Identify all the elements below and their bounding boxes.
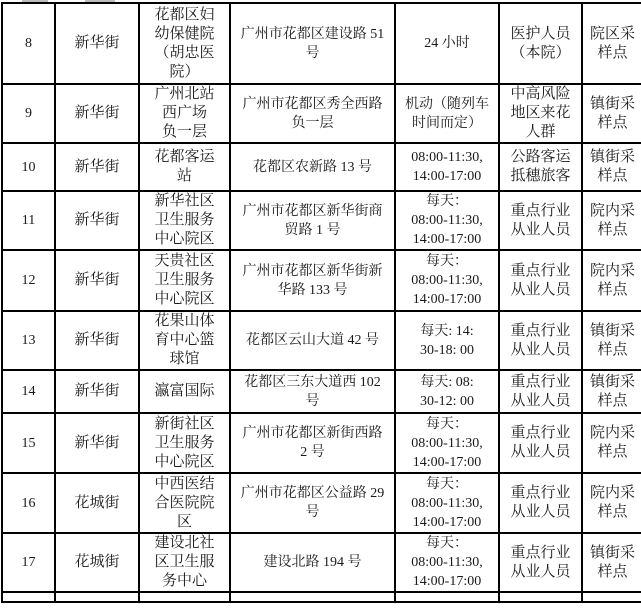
cell-site-type: 院内采 样点	[582, 413, 641, 473]
cell-street: 新华街	[55, 3, 139, 84]
cell-empty	[230, 592, 395, 602]
cell-time: 每天: 14: 30-18: 00	[395, 311, 499, 370]
cell-address: 花都区农新路 13 号	[230, 143, 395, 191]
cell-site-type: 镇街采 样点	[582, 143, 641, 191]
cell-target-group: 重点行业 从业人员	[499, 370, 582, 413]
cell-row-number: 15	[2, 413, 55, 473]
cell-target-group: 重点行业 从业人员	[499, 533, 582, 592]
cell-street: 新华街	[55, 143, 139, 191]
cell-row-number: 17	[2, 533, 55, 592]
cell-site-name: 花都客运 站	[139, 143, 230, 191]
cell-address: 花都区三东大道西 102 号	[230, 370, 395, 413]
cell-time: 每天： 08:00-11:30, 14:00-17:00	[395, 473, 499, 533]
table-row: 12 新华街 天贵社区 卫生服务 中心院区 广州市花都区新华街新 华路 133 …	[2, 250, 641, 311]
cell-time: 每天： 08:00-11:30, 14:00-17:00	[395, 413, 499, 473]
cell-site-name: 新华社区 卫生服务 中心院区	[139, 191, 230, 250]
cell-address: 广州市花都区新华街新 华路 133 号	[230, 250, 395, 311]
cell-time: 08:00-11:30, 14:00-17:00	[395, 143, 499, 191]
table-row: 13 新华街 花果山体 育中心篮 球馆 花都区云山大道 42 号 每天: 14:…	[2, 311, 641, 370]
cell-site-type: 院内采 样点	[582, 473, 641, 533]
cell-site-name: 瀛富国际	[139, 370, 230, 413]
cell-site-name: 天贵社区 卫生服务 中心院区	[139, 250, 230, 311]
cell-street: 新华街	[55, 250, 139, 311]
cell-address: 广州市花都区建设路 51 号	[230, 3, 395, 84]
cell-site-type: 镇街采 样点	[582, 311, 641, 370]
cell-site-name: 广州北站 西广场 负一层	[139, 84, 230, 143]
cell-site-type: 镇街采 样点	[582, 533, 641, 592]
cell-site-type: 院内采 样点	[582, 191, 641, 250]
table-row-partial	[2, 592, 641, 602]
cell-site-type: 院区采 样点	[582, 3, 641, 84]
cell-street: 新华街	[55, 311, 139, 370]
cell-address: 建设北路 194 号	[230, 533, 395, 592]
cell-site-name: 新街社区 卫生服务 中心院区	[139, 413, 230, 473]
document-page: 8 新华街 花都区妇 幼保健院 （胡忠医 院） 广州市花都区建设路 51 号 2…	[0, 0, 641, 616]
cell-empty	[55, 592, 139, 602]
table-row: 10 新华街 花都客运 站 花都区农新路 13 号 08:00-11:30, 1…	[2, 143, 641, 191]
cell-empty	[139, 592, 230, 602]
cell-address: 广州市花都区秀全西路 负一层	[230, 84, 395, 143]
cell-empty	[395, 592, 499, 602]
cell-street: 新华街	[55, 191, 139, 250]
cell-row-number: 8	[2, 3, 55, 84]
cell-target-group: 中高风险 地区来花 人群	[499, 84, 582, 143]
table-row: 9 新华街 广州北站 西广场 负一层 广州市花都区秀全西路 负一层 机动（随列车…	[2, 84, 641, 143]
cell-site-type: 院内采 样点	[582, 250, 641, 311]
cell-empty	[499, 592, 582, 602]
cell-target-group: 重点行业 从业人员	[499, 191, 582, 250]
cell-street: 新华街	[55, 370, 139, 413]
table-row: 11 新华街 新华社区 卫生服务 中心院区 广州市花都区新华街商 贸路 1 号 …	[2, 191, 641, 250]
cell-address: 广州市花都区新华街商 贸路 1 号	[230, 191, 395, 250]
cell-row-number: 16	[2, 473, 55, 533]
cell-time: 每天： 08:00-11:30, 14:00-17:00	[395, 250, 499, 311]
cell-target-group: 公路客运 抵穗旅客	[499, 143, 582, 191]
cell-target-group: 重点行业 从业人员	[499, 473, 582, 533]
cell-row-number: 12	[2, 250, 55, 311]
table-row: 16 花城街 中西医结 合医院院 区 广州市花都区公益路 29 号 每天： 08…	[2, 473, 641, 533]
cell-target-group: 重点行业 从业人员	[499, 311, 582, 370]
cell-time: 机动（随列车 时间而定）	[395, 84, 499, 143]
cell-address: 花都区云山大道 42 号	[230, 311, 395, 370]
cell-street: 花城街	[55, 533, 139, 592]
cell-site-type: 镇街采 样点	[582, 84, 641, 143]
table-row: 15 新华街 新街社区 卫生服务 中心院区 广州市花都区新街西路 2 号 每天：…	[2, 413, 641, 473]
cell-address: 广州市花都区公益路 29 号	[230, 473, 395, 533]
cell-address: 广州市花都区新街西路 2 号	[230, 413, 395, 473]
table-row: 8 新华街 花都区妇 幼保健院 （胡忠医 院） 广州市花都区建设路 51 号 2…	[2, 3, 641, 84]
cell-time: 每天： 08:00-11:30, 14:00-17:00	[395, 191, 499, 250]
table-row: 14 新华街 瀛富国际 花都区三东大道西 102 号 每天: 08: 30-12…	[2, 370, 641, 413]
cell-row-number: 14	[2, 370, 55, 413]
cell-target-group: 重点行业 从业人员	[499, 413, 582, 473]
cell-target-group: 医护人员 （本院）	[499, 3, 582, 84]
cell-time: 24 小时	[395, 3, 499, 84]
cell-row-number: 9	[2, 84, 55, 143]
cell-empty	[582, 592, 641, 602]
cell-street: 花城街	[55, 473, 139, 533]
cell-row-number: 13	[2, 311, 55, 370]
cell-row-number: 11	[2, 191, 55, 250]
cell-site-name: 建设北社 区卫生服 务中心	[139, 533, 230, 592]
cell-site-name: 中西医结 合医院院 区	[139, 473, 230, 533]
cell-site-name: 花果山体 育中心篮 球馆	[139, 311, 230, 370]
cell-street: 新华街	[55, 413, 139, 473]
cell-row-number: 10	[2, 143, 55, 191]
cell-street: 新华街	[55, 84, 139, 143]
cell-empty	[2, 592, 55, 602]
sampling-sites-table: 8 新华街 花都区妇 幼保健院 （胡忠医 院） 广州市花都区建设路 51 号 2…	[1, 2, 641, 603]
cell-time: 每天： 08:00-11:30, 14:00-17:00	[395, 533, 499, 592]
table-row: 17 花城街 建设北社 区卫生服 务中心 建设北路 194 号 每天： 08:0…	[2, 533, 641, 592]
cell-target-group: 重点行业 从业人员	[499, 250, 582, 311]
cell-site-type: 镇街采 样点	[582, 370, 641, 413]
cell-time: 每天: 08: 30-12: 00	[395, 370, 499, 413]
cell-site-name: 花都区妇 幼保健院 （胡忠医 院）	[139, 3, 230, 84]
